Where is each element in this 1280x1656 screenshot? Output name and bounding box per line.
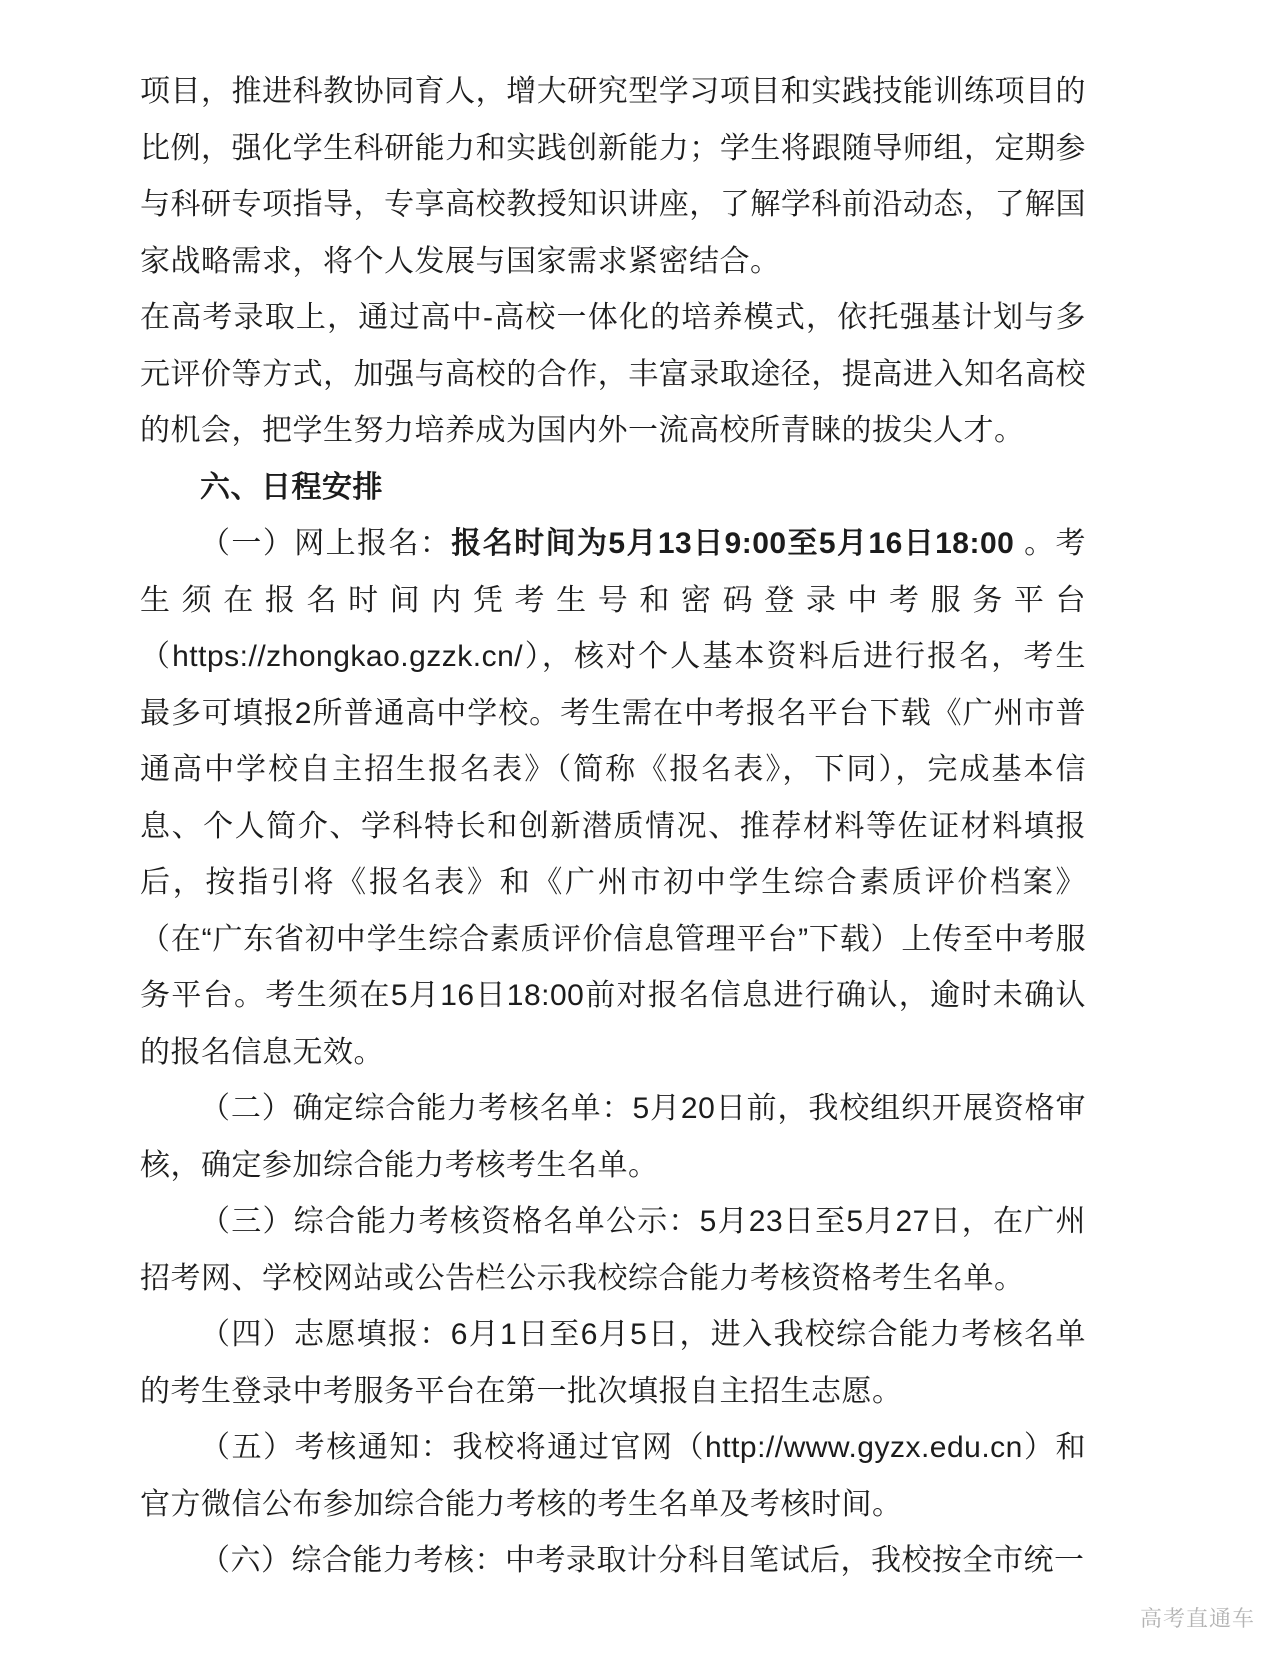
paragraph-gaokao-admission: 在高考录取上，通过高中-高校一体化的培养模式，依托强基计划与多元评价等方式，加强… bbox=[140, 290, 1086, 460]
paragraph-continuation: 项目，推进科教协同育人，增大研究型学习项目和实践技能训练项目的比例，强化学生科研… bbox=[140, 64, 1086, 290]
watermark-gaokao-zhitongche: 高考直通车 bbox=[1140, 1602, 1255, 1633]
schedule-item-1-body: 。考生须在报名时间内凭考生号和密码登录中考服务平台（https://zhongk… bbox=[140, 527, 1086, 1069]
schedule-item-1-prefix: （一）网上报名： bbox=[200, 527, 451, 560]
schedule-item-6: （六）综合能力考核：中考录取计分科目笔试后，我校按全市统一 bbox=[140, 1533, 1086, 1590]
schedule-item-1-registration-time: 报名时间为5月13日9:00至5月16日18:00 bbox=[451, 527, 1014, 560]
section-heading-schedule: 六、日程安排 bbox=[140, 460, 1086, 517]
schedule-item-1: （一）网上报名：报名时间为5月13日9:00至5月16日18:00 。考生须在报… bbox=[140, 516, 1086, 1081]
schedule-item-4: （四）志愿填报：6月1日至6月5日，进入我校综合能力考核名单的考生登录中考服务平… bbox=[140, 1307, 1086, 1420]
schedule-item-5: （五）考核通知：我校将通过官网（http://www.gyzx.edu.cn）和… bbox=[140, 1420, 1086, 1533]
document-body: 项目，推进科教协同育人，增大研究型学习项目和实践技能训练项目的比例，强化学生科研… bbox=[140, 64, 1086, 1590]
schedule-item-3: （三）综合能力考核资格名单公示：5月23日至5月27日，在广州招考网、学校网站或… bbox=[140, 1194, 1086, 1307]
schedule-item-2: （二）确定综合能力考核名单：5月20日前，我校组织开展资格审核，确定参加综合能力… bbox=[140, 1081, 1086, 1194]
